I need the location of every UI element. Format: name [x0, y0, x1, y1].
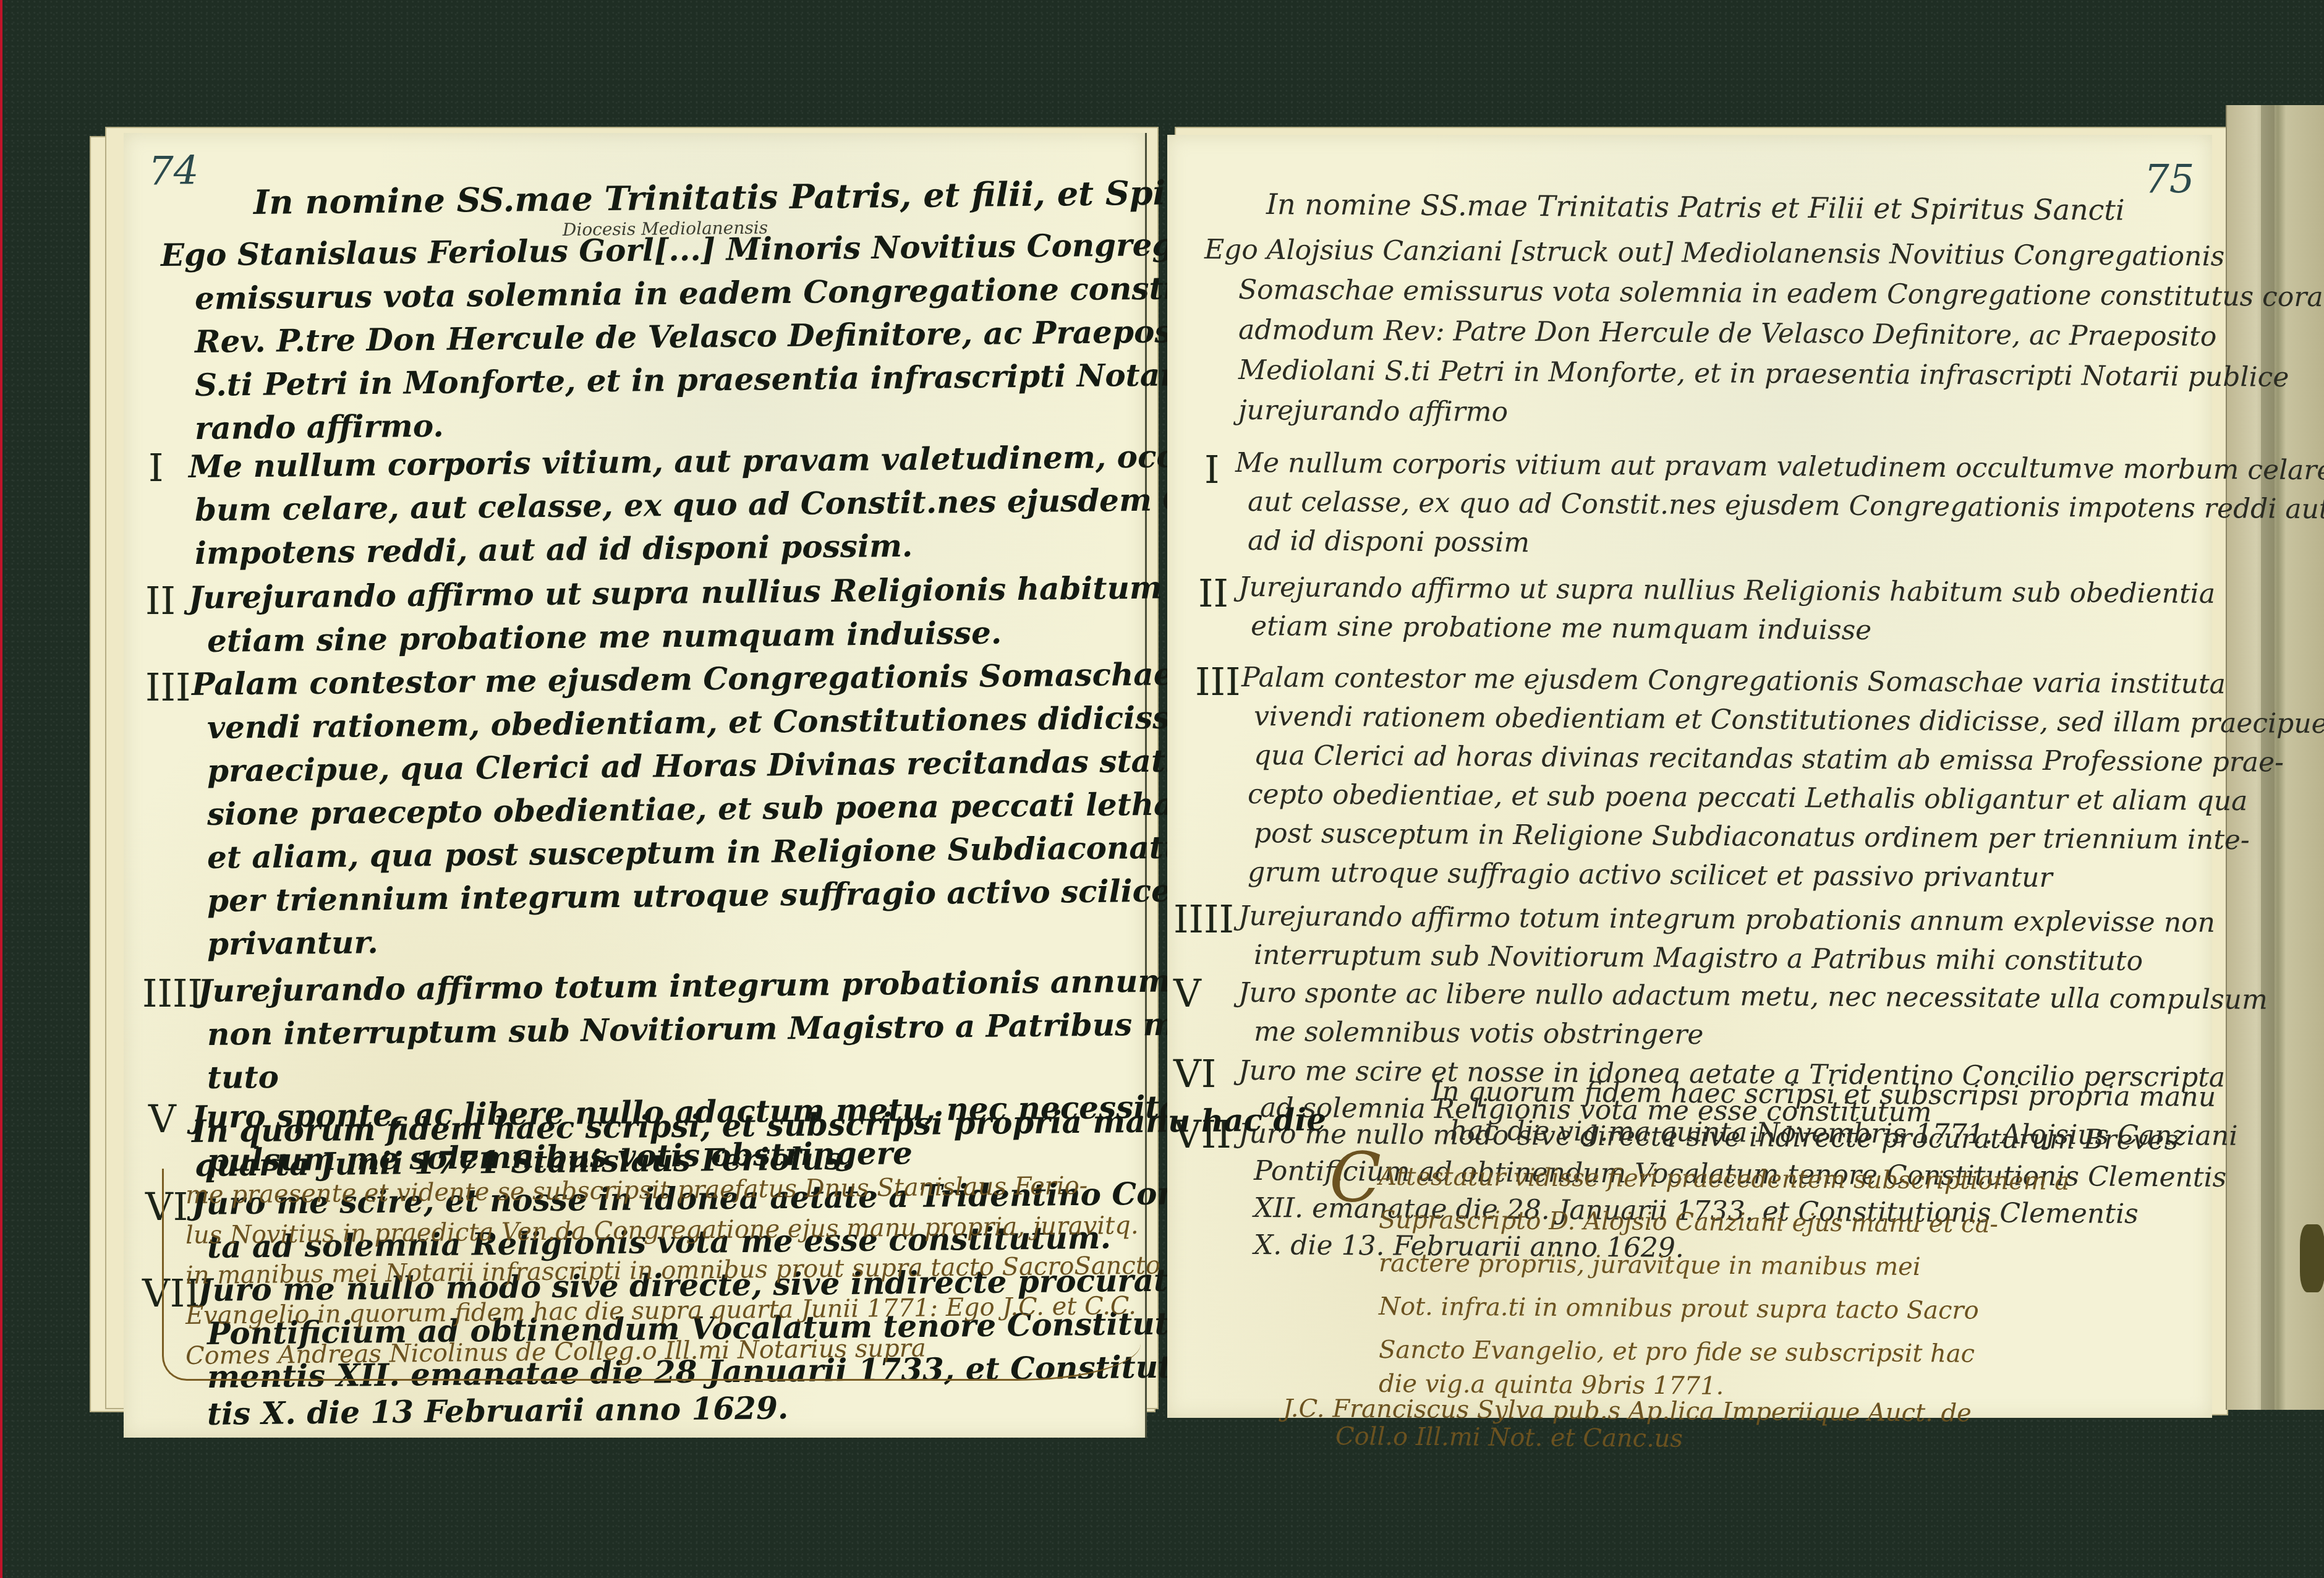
article-line: tuto — [207, 1059, 279, 1096]
article-line: impotens reddi, aut ad id disponi possim… — [195, 527, 913, 571]
notary-signature-line: Coll.o Ill.mi Not. et Canc.us — [1335, 1422, 1683, 1453]
article-numeral: III — [1195, 659, 1240, 704]
page-number-right: 75 — [2144, 156, 2194, 202]
intro-line: rando affirmo. — [195, 407, 444, 446]
notary-line: Sancto Evangelio, et pro fide se subscri… — [1379, 1336, 1975, 1368]
article-line: post susceptum in Religione Subdiaconatu… — [1254, 817, 2250, 856]
notary-line: Attestatur vidisse fieri praecedentem su… — [1379, 1162, 2070, 1196]
article-line: Palam contestor me ejusdem Congregationi… — [1241, 662, 2226, 700]
article-line: qua Clerici ad horas divinas recitandas … — [1254, 740, 2284, 778]
article-numeral: V — [148, 1096, 176, 1141]
article-line: vivendi rationem obedientiam et Constitu… — [1254, 701, 2324, 740]
closing-signature-line: hac die vig.ma quinta Novembris 1771. Al… — [1450, 1115, 2238, 1152]
intro-line: Somaschae emissurus vota solemnia in ead… — [1238, 274, 2324, 313]
article-numeral: I — [1204, 447, 1220, 492]
article-numeral: V — [1173, 971, 1201, 1016]
scan-edge-marker — [0, 0, 2, 1578]
article-line: etiam sine probatione me numquam induiss… — [207, 615, 1002, 659]
attestation-flourish: C — [1329, 1138, 1381, 1217]
invocation-heading: In nomine SS.mae Trinitatis Patris et Fi… — [1266, 187, 2125, 227]
article-line: cepto obedientiae, et sub poena peccati … — [1248, 778, 2248, 817]
closing-line: In quorum fidem haec scripsi et subscrip… — [1431, 1076, 2216, 1113]
intro-line: jurejurando affirmo — [1238, 394, 1508, 428]
notary-line: Suprascripto D. Alojsio Canziani ejus ma… — [1379, 1206, 1998, 1239]
page-number-left: 74 — [148, 148, 198, 194]
article-line: me solemnibus votis obstringere — [1254, 1016, 1704, 1051]
article-line: Juro sponte ac libere nullo adactum metu… — [1238, 977, 2268, 1016]
article-numeral: II — [1198, 571, 1228, 616]
article-line: tis X. die 13 Februarii anno 1629. — [207, 1389, 789, 1432]
article-line: grum utroque suffragio activo scilicet e… — [1248, 856, 2053, 893]
article-numeral: III — [145, 665, 190, 710]
article-numeral: VI — [1173, 1051, 1216, 1096]
notary-line: Not. infra.ti in omnibus prout supra tac… — [1379, 1292, 1979, 1325]
notary-line: ractere propriis, juravitque in manibus … — [1379, 1249, 1921, 1281]
article-numeral: IIII — [142, 971, 203, 1016]
article-line: interruptum sub Novitiorum Magistro a Pa… — [1254, 939, 2143, 977]
article-line: Me nullum corporis vitium aut pravam val… — [1235, 447, 2324, 486]
intro-line: Mediolani S.ti Petri in Monforte, et in … — [1238, 354, 2289, 393]
article-line: aut celasse, ex quo ad Constit.nes ejusd… — [1248, 486, 2324, 525]
article-numeral: I — [148, 445, 164, 490]
article-line: privantur. — [207, 924, 378, 962]
article-numeral: II — [145, 578, 176, 623]
article-numeral: IIII — [1173, 897, 1234, 942]
binding-stain — [2300, 1224, 2324, 1292]
intro-line: Ego Alojsius Canziani [struck out] Medio… — [1204, 234, 2224, 273]
article-line: etiam sine probatione me numquam induiss… — [1251, 610, 1872, 646]
intro-line: admodum Rev: Patre Don Hercule de Velasc… — [1238, 314, 2217, 352]
article-line: Jurejurando affirmo totum integrum proba… — [1238, 900, 2215, 939]
article-line: ad id disponi possim — [1248, 525, 1530, 558]
article-line: Jurejurando affirmo ut supra nullius Rel… — [1238, 571, 2215, 610]
